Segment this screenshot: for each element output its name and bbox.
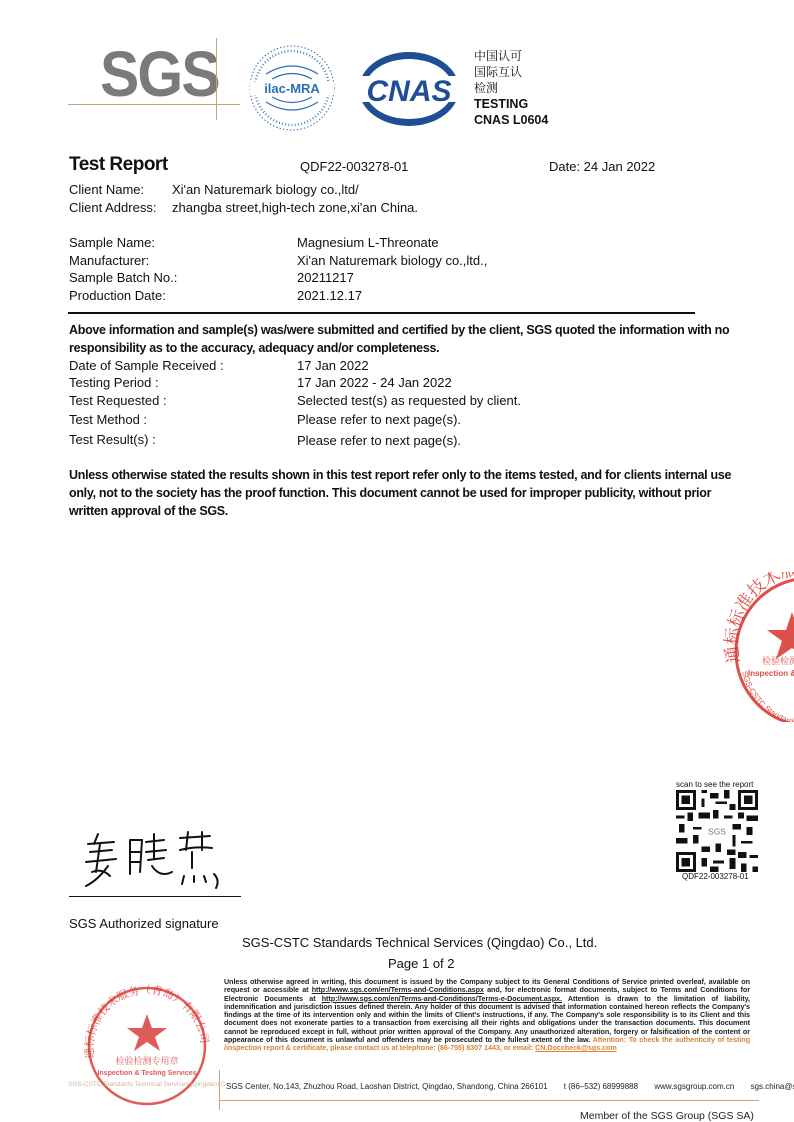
svg-text:检验检测专用章: 检验检测专用章 <box>115 1055 178 1067</box>
manufacturer-label: Manufacturer: <box>69 252 149 269</box>
test-requested-value: Selected test(s) as requested by client. <box>297 392 521 409</box>
qr-caption: scan to see the report <box>676 780 753 789</box>
report-date: Date: 24 Jan 2022 <box>549 159 655 174</box>
date-received-label: Date of Sample Received : <box>69 357 224 374</box>
page-number: Page 1 of 2 <box>388 956 455 971</box>
doccheck-email-link[interactable]: CN.Doccheck@sgs.com <box>535 1043 617 1052</box>
company-name: SGS-CSTC Standards Technical Services (Q… <box>242 935 597 950</box>
section-divider <box>68 312 695 314</box>
client-name-label: Client Name: <box>69 181 144 198</box>
sample-name-value: Magnesium L-Threonate <box>297 234 439 251</box>
report-number: QDF22-003278-01 <box>300 159 408 174</box>
address-rule-horizontal <box>219 1100 759 1101</box>
logo-rule-vertical <box>216 38 217 120</box>
logo-rule-horizontal <box>68 104 240 105</box>
inspection-seal-stamp: 通标标准技术服务（青岛）有限公司 检验检测专用章 Inspection & Te… <box>66 978 226 1108</box>
footer-address: SGS Center, No.143, Zhuzhou Road, Laosha… <box>226 1082 548 1091</box>
footer-contact: SGS Center, No.143, Zhuzhou Road, Laosha… <box>226 1082 794 1091</box>
handwritten-signature <box>80 828 230 892</box>
client-info-disclaimer: Above information and sample(s) was/were… <box>69 321 739 357</box>
sgs-logo: SGS <box>100 42 219 106</box>
report-title: Test Report <box>69 154 168 176</box>
batch-no-label: Sample Batch No.: <box>69 269 177 286</box>
terms-fine-print: Unless otherwise agreed in writing, this… <box>224 978 750 1053</box>
svg-text:Inspection & Testing Services: Inspection & Testing Services <box>97 1070 196 1077</box>
footer-email[interactable]: sgs.china@sgs.com <box>751 1082 794 1091</box>
test-results-value: Please refer to next page(s). <box>297 432 461 449</box>
svg-text:SGS-CSTC Standards Technical S: SGS-CSTC Standards Technical Services (Q… <box>68 1081 226 1088</box>
test-method-label: Test Method : <box>69 411 147 428</box>
testing-period-value: 17 Jan 2022 - 24 Jan 2022 <box>297 374 452 391</box>
client-address-value: zhangba street,high-tech zone,xi'an Chin… <box>172 199 418 216</box>
manufacturer-value: Xi'an Naturemark biology co.,ltd., <box>297 252 487 269</box>
address-rule-vertical <box>219 1070 220 1110</box>
client-address-label: Client Address: <box>69 199 156 216</box>
qr-code[interactable]: SGS <box>676 790 758 872</box>
test-requested-label: Test Requested : <box>69 392 167 409</box>
svg-text:ilac-MRA: ilac-MRA <box>264 81 320 96</box>
svg-text:SGS: SGS <box>708 827 726 837</box>
testing-period-label: Testing Period : <box>69 374 159 391</box>
company-seal-stamp: 通标标准技术服务 检验检测 Inspection & T SGS-CSTC St… <box>720 572 794 722</box>
footer-telephone: t (86–532) 68999888 <box>564 1082 638 1091</box>
production-date-label: Production Date: <box>69 287 166 304</box>
client-name-value: Xi'an Naturemark biology co.,ltd/ <box>172 181 359 198</box>
sample-name-label: Sample Name: <box>69 234 155 251</box>
footer-website[interactable]: www.sgsgroup.com.cn <box>654 1082 734 1091</box>
svg-text:检验检测: 检验检测 <box>762 655 794 667</box>
svg-text:Inspection & T: Inspection & T <box>748 669 794 678</box>
sgs-group-member: Member of the SGS Group (SGS SA) <box>580 1110 754 1122</box>
cnas-logo: CNAS <box>355 50 463 128</box>
qr-report-id: QDF22-003278-01 <box>682 872 749 881</box>
svg-text:CNAS: CNAS <box>366 75 451 108</box>
ilac-mra-logo: ilac-MRA <box>248 44 336 132</box>
results-disclaimer: Unless otherwise stated the results show… <box>69 466 739 520</box>
test-results-label: Test Result(s) : <box>69 431 156 448</box>
signature-line <box>69 896 241 897</box>
signature-label: SGS Authorized signature <box>69 916 219 931</box>
date-received-value: 17 Jan 2022 <box>297 357 369 374</box>
accreditation-text: 中国认可 国际互认 检测 TESTING CNAS L0604 <box>474 48 548 128</box>
production-date-value: 2021.12.17 <box>297 287 362 304</box>
batch-no-value: 20211217 <box>297 269 354 286</box>
test-method-value: Please refer to next page(s). <box>297 411 461 428</box>
